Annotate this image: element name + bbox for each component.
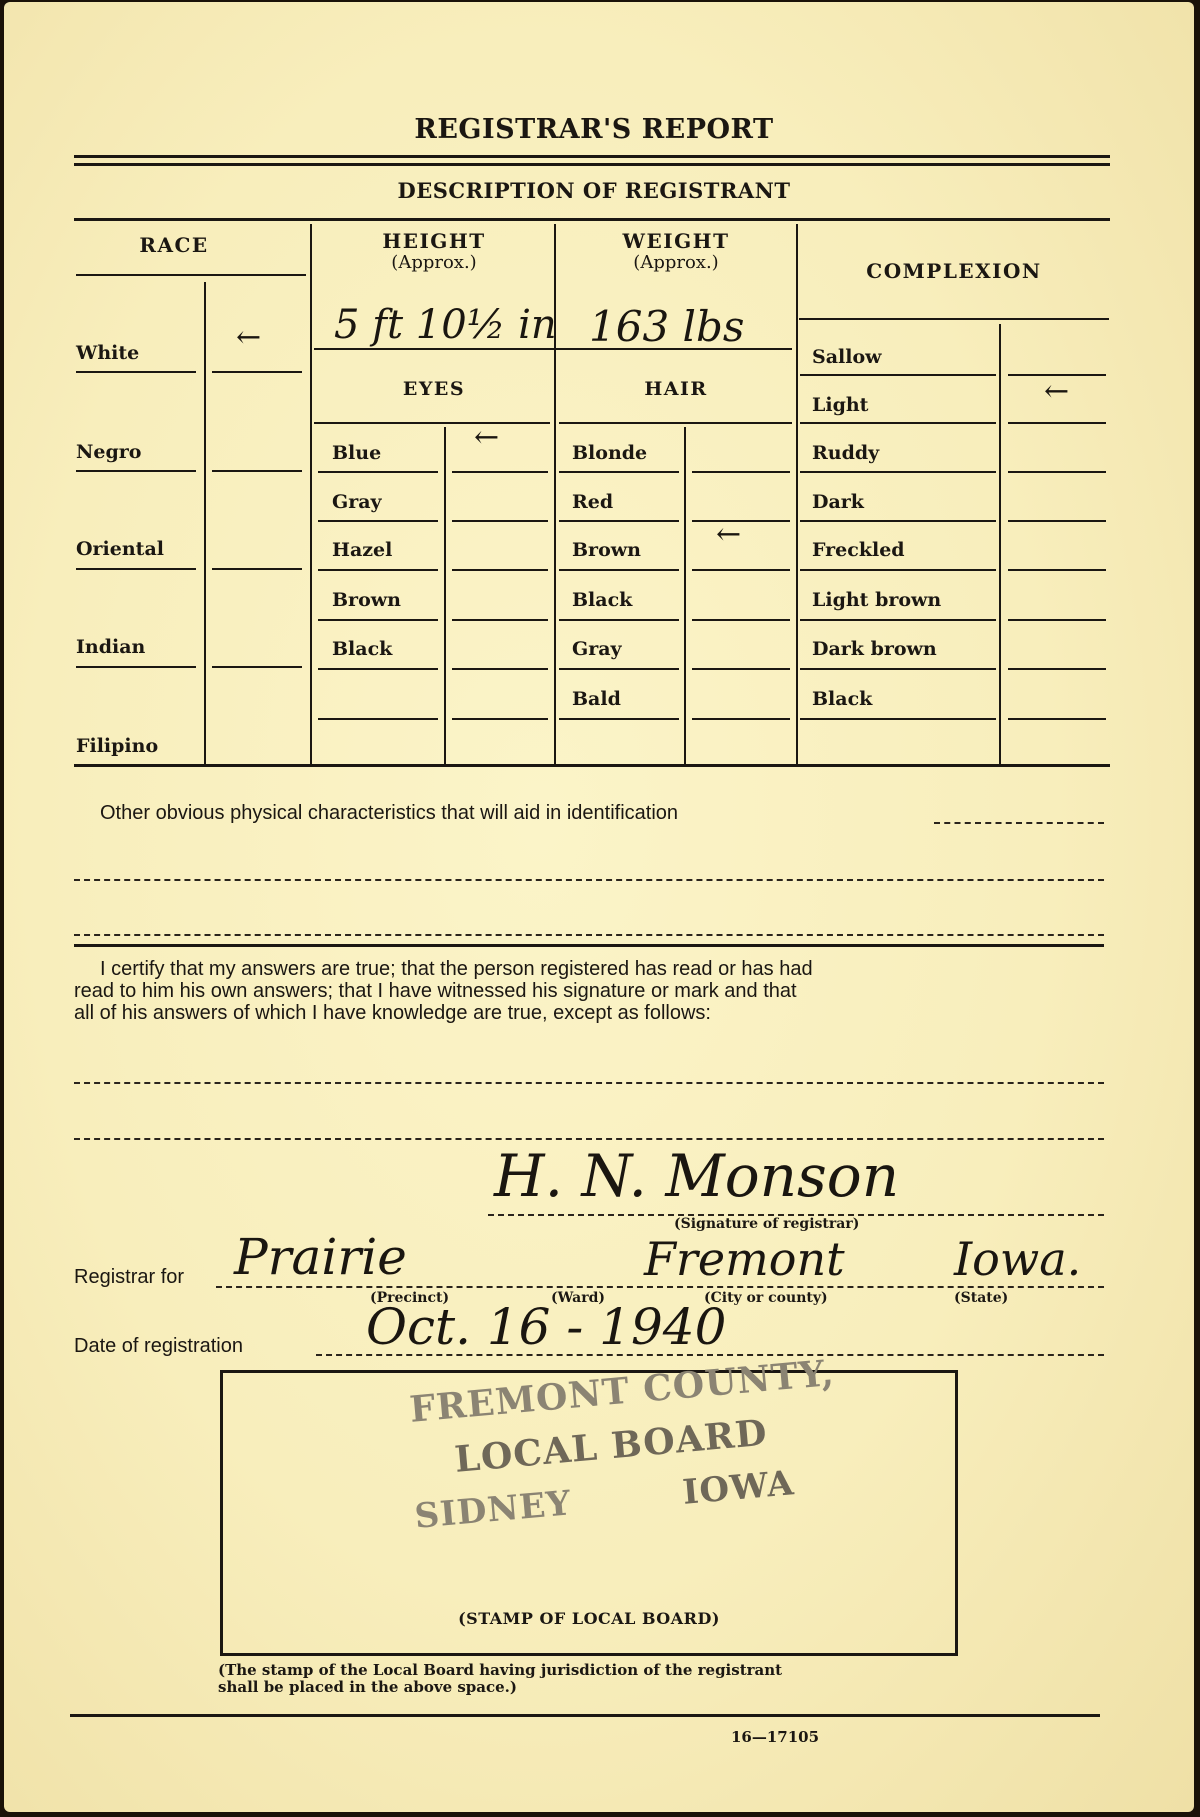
race-header-rule bbox=[76, 274, 306, 276]
row-rule bbox=[318, 718, 438, 720]
race-white-check-mark[interactable]: ← bbox=[236, 320, 261, 355]
eyes-option-brown: Brown bbox=[332, 589, 401, 611]
race-option-indian: Indian bbox=[76, 636, 145, 658]
row-rule bbox=[318, 569, 438, 571]
page-title: REGISTRAR'S REPORT bbox=[4, 114, 1184, 145]
city-or-county-value[interactable]: Fremont bbox=[644, 1232, 845, 1286]
row-rule bbox=[559, 668, 679, 670]
row-rule bbox=[212, 371, 302, 373]
row-rule bbox=[1008, 374, 1106, 376]
hair-header-rule bbox=[559, 422, 792, 424]
row-rule bbox=[800, 520, 996, 522]
complexion-check-divider bbox=[999, 324, 1001, 764]
section-title: DESCRIPTION OF REGISTRANT bbox=[4, 178, 1184, 203]
weight-header-sub: (Approx.) bbox=[556, 252, 796, 274]
row-rule bbox=[692, 619, 790, 621]
eyes-option-gray: Gray bbox=[332, 491, 382, 513]
row-rule bbox=[800, 668, 996, 670]
section-rule bbox=[74, 944, 1104, 947]
row-rule bbox=[1008, 718, 1106, 720]
row-rule bbox=[452, 718, 548, 720]
col-divider-1 bbox=[310, 224, 312, 764]
row-rule bbox=[1008, 520, 1106, 522]
stamp-caption: (STAMP OF LOCAL BOARD) bbox=[223, 1609, 955, 1628]
race-check-divider bbox=[204, 282, 206, 764]
hair-option-blonde: Blonde bbox=[572, 442, 647, 464]
stamp-note: (The stamp of the Local Board having jur… bbox=[218, 1662, 782, 1696]
eyes-option-hazel: Hazel bbox=[332, 539, 392, 561]
certification-text: I certify that my answers are true; that… bbox=[74, 958, 1114, 1024]
other-characteristics-label: Other obvious physical characteristics t… bbox=[100, 802, 678, 824]
eyes-blue-check-mark[interactable]: ← bbox=[474, 420, 499, 455]
stamp-box: FREMONT COUNTY, LOCAL BOARD SIDNEY IOWA … bbox=[220, 1370, 958, 1656]
row-rule bbox=[559, 569, 679, 571]
registrar-for-label: Registrar for bbox=[74, 1266, 184, 1288]
race-option-filipino: Filipino bbox=[76, 735, 158, 757]
race-option-negro: Negro bbox=[76, 441, 141, 463]
row-rule bbox=[452, 520, 548, 522]
row-rule bbox=[692, 718, 790, 720]
row-rule bbox=[559, 520, 679, 522]
row-rule bbox=[1008, 422, 1106, 424]
row-rule bbox=[212, 666, 302, 668]
row-rule bbox=[318, 668, 438, 670]
other-characteristics-field[interactable] bbox=[934, 822, 1104, 824]
race-option-white: White bbox=[76, 342, 139, 364]
row-rule bbox=[800, 422, 996, 424]
row-rule bbox=[692, 668, 790, 670]
title-rule-top bbox=[74, 155, 1110, 158]
row-rule bbox=[1008, 619, 1106, 621]
table-bottom-rule bbox=[74, 764, 1110, 767]
stamp-note-line-1: (The stamp of the Local Board having jur… bbox=[218, 1662, 782, 1679]
weight-value[interactable]: 163 lbs bbox=[589, 302, 744, 351]
height-header-label: HEIGHT bbox=[382, 229, 485, 253]
row-rule bbox=[452, 471, 548, 473]
row-rule bbox=[318, 619, 438, 621]
row-rule bbox=[76, 666, 196, 668]
row-rule bbox=[692, 471, 790, 473]
stamp-line-1: FREMONT COUNTY, bbox=[408, 1352, 836, 1431]
hair-option-gray: Gray bbox=[572, 638, 622, 660]
form-number: 16—17105 bbox=[731, 1728, 819, 1746]
eyes-check-divider bbox=[444, 427, 446, 764]
footer-rule bbox=[70, 1714, 1100, 1717]
registrar-for-line bbox=[216, 1286, 1104, 1288]
exceptions-line-2[interactable] bbox=[74, 1138, 1104, 1140]
eyes-header-rule bbox=[314, 422, 550, 424]
certification-line-3: all of his answers of which I have knowl… bbox=[74, 1002, 1114, 1024]
row-rule bbox=[800, 374, 996, 376]
exceptions-line-1[interactable] bbox=[74, 1082, 1104, 1084]
row-rule bbox=[800, 619, 996, 621]
row-rule bbox=[559, 471, 679, 473]
eyes-option-black: Black bbox=[332, 638, 392, 660]
complexion-option-ruddy: Ruddy bbox=[812, 442, 879, 464]
race-header: RACE bbox=[74, 234, 274, 256]
complexion-light-check-mark[interactable]: ← bbox=[1044, 374, 1069, 409]
hair-check-divider bbox=[684, 427, 686, 764]
stamp-note-line-2: shall be placed in the above space.) bbox=[218, 1679, 782, 1696]
complexion-header: COMPLEXION bbox=[799, 260, 1109, 282]
complexion-option-freckled: Freckled bbox=[812, 539, 905, 561]
height-header-sub: (Approx.) bbox=[314, 252, 554, 274]
registrar-signature[interactable]: H. N. Monson bbox=[494, 1142, 899, 1210]
row-rule bbox=[452, 569, 548, 571]
precinct-value[interactable]: Prairie bbox=[234, 1228, 407, 1286]
hair-option-brown: Brown bbox=[572, 539, 641, 561]
other-characteristics-line-2[interactable] bbox=[74, 879, 1104, 881]
row-rule bbox=[800, 569, 996, 571]
state-value[interactable]: Iowa. bbox=[954, 1232, 1081, 1286]
row-rule bbox=[1008, 471, 1106, 473]
weight-header: WEIGHT (Approx.) bbox=[556, 230, 796, 274]
certification-line-1: I certify that my answers are true; that… bbox=[74, 958, 1114, 980]
row-rule bbox=[559, 718, 679, 720]
complexion-header-rule bbox=[799, 318, 1109, 320]
row-rule bbox=[559, 619, 679, 621]
weight-header-label: WEIGHT bbox=[623, 229, 730, 253]
complexion-option-light-brown: Light brown bbox=[812, 589, 941, 611]
height-header: HEIGHT (Approx.) bbox=[314, 230, 554, 274]
row-rule bbox=[800, 718, 996, 720]
col-divider-3 bbox=[796, 224, 798, 764]
date-of-registration-label: Date of registration bbox=[74, 1335, 243, 1357]
height-value[interactable]: 5 ft 10½ in bbox=[334, 302, 557, 348]
certification-line-2: read to him his own answers; that I have… bbox=[74, 980, 1114, 1002]
row-rule bbox=[212, 568, 302, 570]
state-caption: (State) bbox=[954, 1290, 1008, 1306]
hair-option-red: Red bbox=[572, 491, 613, 513]
complexion-option-sallow: Sallow bbox=[812, 346, 882, 368]
complexion-option-light: Light bbox=[812, 394, 868, 416]
date-of-registration-value[interactable]: Oct. 16 - 1940 bbox=[366, 1298, 726, 1356]
eyes-option-blue: Blue bbox=[332, 442, 381, 464]
row-rule bbox=[1008, 569, 1106, 571]
height-weight-rule bbox=[314, 348, 792, 350]
stamp-line-3-left: SIDNEY bbox=[413, 1483, 573, 1537]
stamp-line-3-right: IOWA bbox=[681, 1463, 796, 1513]
hair-header: HAIR bbox=[556, 378, 796, 400]
row-rule bbox=[318, 520, 438, 522]
other-characteristics-line-3[interactable] bbox=[74, 934, 1104, 936]
hair-brown-check-mark[interactable]: ← bbox=[716, 517, 741, 552]
table-top-rule bbox=[74, 218, 1110, 221]
hair-option-bald: Bald bbox=[572, 688, 621, 710]
row-rule bbox=[76, 470, 196, 472]
row-rule bbox=[800, 471, 996, 473]
row-rule bbox=[212, 470, 302, 472]
registrars-report-card: REGISTRAR'S REPORT DESCRIPTION OF REGIST… bbox=[4, 2, 1194, 1812]
complexion-option-black: Black bbox=[812, 688, 872, 710]
row-rule bbox=[76, 371, 196, 373]
race-option-oriental: Oriental bbox=[76, 538, 164, 560]
complexion-option-dark-brown: Dark brown bbox=[812, 638, 937, 660]
title-rule-bottom bbox=[74, 163, 1110, 166]
row-rule bbox=[452, 619, 548, 621]
signature-caption: (Signature of registrar) bbox=[674, 1216, 859, 1232]
hair-option-black: Black bbox=[572, 589, 632, 611]
col-divider-2 bbox=[554, 224, 556, 764]
row-rule bbox=[76, 568, 196, 570]
row-rule bbox=[1008, 668, 1106, 670]
row-rule bbox=[452, 668, 548, 670]
complexion-option-dark: Dark bbox=[812, 491, 864, 513]
row-rule bbox=[692, 520, 790, 522]
row-rule bbox=[318, 471, 438, 473]
row-rule bbox=[692, 569, 790, 571]
eyes-header: EYES bbox=[314, 378, 554, 400]
